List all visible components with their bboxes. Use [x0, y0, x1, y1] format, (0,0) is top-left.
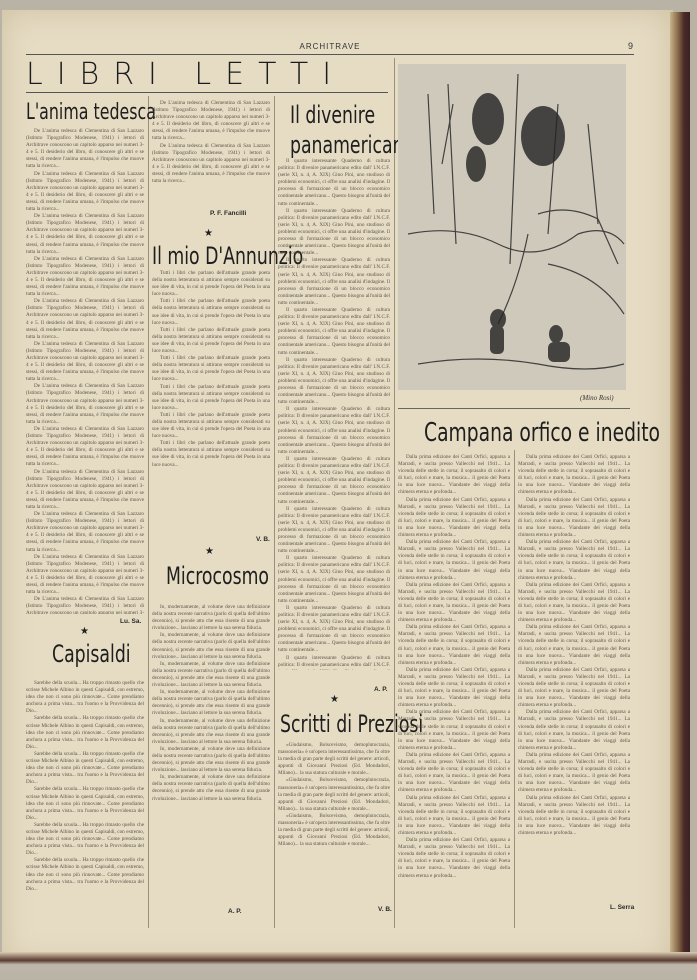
article-text: Dalla prima edizione dei Canti Orfici, a… [398, 752, 510, 795]
article-text: Il quarto interessante Quaderno di cultu… [278, 158, 390, 208]
article-text: Dalla prima edizione dei Canti Orfici, a… [398, 497, 510, 540]
column-rule [514, 450, 515, 928]
article-text: Sarebbe della scuola... Ha troppo rimast… [26, 715, 144, 750]
byline: V. B. [378, 906, 392, 913]
article-body-anima-tedesca: De L'anima tedesca di Clementina di San … [26, 128, 144, 614]
article-text: Tutti i libri che parlano dell'attuale g… [152, 412, 270, 440]
article-text: Dalla prima edizione dei Canti Orfici, a… [398, 624, 510, 667]
article-text: Dalla prima edizione dei Canti Orfici, a… [518, 795, 630, 838]
article-text: Sarebbe della scuola... Ha troppo rimast… [26, 786, 144, 821]
illustration-caption: (Mino Rosi) [580, 394, 614, 402]
article-text: Tutti i libri che parlano dell'attuale g… [152, 355, 270, 383]
article-text: Sarebbe della scuola... Ha troppo rimast… [26, 680, 144, 715]
article-text: De L'anima tedesca di Clementina di San … [26, 511, 144, 554]
article-text: De L'anima tedesca di Clementina di San … [152, 100, 270, 143]
article-text: De L'anima tedesca di Clementina di San … [26, 213, 144, 256]
running-header: ARCHITRAVE 9 [26, 40, 634, 55]
sketch-figures-trees-icon [398, 64, 626, 390]
article-text: In, modernamente, al volume dove una def… [152, 604, 270, 632]
magazine-name: ARCHITRAVE [26, 42, 634, 51]
byline: A. P. [228, 908, 242, 915]
article-body-divenire-panamericano: Il quarto interessante Quaderno di cultu… [278, 158, 390, 670]
article-text: Dalla prima edizione dei Canti Orfici, a… [398, 667, 510, 710]
illustration-sketch [398, 64, 626, 390]
article-text: De L'anima tedesca di Clementina di San … [26, 341, 144, 384]
article-text: Dalla prima edizione dei Canti Orfici, a… [398, 454, 510, 497]
article-text: De L'anima tedesca di Clementina di San … [26, 383, 144, 426]
article-text: De L'anima tedesca di Clementina di San … [26, 298, 144, 341]
article-body-campana-col1: Dalla prima edizione dei Canti Orfici, a… [398, 454, 510, 924]
book-spine [670, 12, 690, 960]
article-text: Il quarto interessante Quaderno di cultu… [278, 456, 390, 506]
article-body-microcosmo: In, modernamente, al volume dove una def… [152, 604, 270, 922]
caption-rule [398, 408, 630, 409]
article-text: Dalla prima edizione dei Canti Orfici, a… [398, 795, 510, 838]
article-text: Dalla prima edizione dei Canti Orfici, a… [398, 582, 510, 625]
article-text: «Giudaismo, Bolscevismo, demoplutocrazia… [278, 777, 390, 812]
column-rule [394, 58, 395, 928]
article-text: Il quarto interessante Quaderno di cultu… [278, 257, 390, 307]
article-body-campana-col2: Dalla prima edizione dei Canti Orfici, a… [518, 454, 630, 904]
byline: A. P. [374, 686, 388, 693]
article-text: In, modernamente, al volume dove una def… [152, 746, 270, 774]
article-text: Sarebbe della scuola... Ha troppo rimast… [26, 857, 144, 892]
byline: V. B. [256, 536, 270, 543]
article-text: Dalla prima edizione dei Canti Orfici, a… [518, 624, 630, 667]
star-divider-icon: ★ [205, 546, 214, 557]
article-text: Dalla prima edizione dei Canti Orfici, a… [398, 709, 510, 752]
article-text: Dalla prima edizione dei Canti Orfici, a… [518, 709, 630, 752]
article-text: Dalla prima edizione dei Canti Orfici, a… [518, 497, 630, 540]
article-text: Tutti i libri che parlano dell'attuale g… [152, 384, 270, 412]
article-text: Tutti i libri che parlano dell'attuale g… [152, 298, 270, 326]
article-text: In, modernamente, al volume dove una def… [152, 661, 270, 689]
article-text: Dalla prima edizione dei Canti Orfici, a… [518, 582, 630, 625]
article-text: Il quarto interessante Quaderno di cultu… [278, 208, 390, 258]
article-title-campana: Campana orfico e inedito [424, 418, 660, 448]
article-text: In, modernamente, al volume dove una def… [152, 718, 270, 746]
byline: Lu. Sa. [120, 618, 141, 625]
article-title-microcosmo: Microcosmo [166, 562, 269, 590]
article-text: In, modernamente, al volume dove una def… [152, 632, 270, 660]
article-text: Dalla prima edizione dei Canti Orfici, a… [398, 539, 510, 582]
article-text: «Giudaismo, Bolscevismo, demoplutocrazia… [278, 742, 390, 777]
article-text: Tutti i libri che parlano dell'attuale g… [152, 327, 270, 355]
article-text: Dalla prima edizione dei Canti Orfici, a… [518, 667, 630, 710]
star-divider-icon: ★ [330, 694, 339, 705]
page-bottom-edge [0, 952, 697, 980]
article-text: Il quarto interessante Quaderno di cultu… [278, 506, 390, 556]
article-text: In, modernamente, al volume dove una def… [152, 774, 270, 802]
column-rule [274, 96, 275, 928]
article-body-anima-tedesca-cont: De L'anima tedesca di Clementina di San … [152, 100, 270, 216]
article-text: Dalla prima edizione dei Canti Orfici, a… [398, 837, 510, 880]
article-text: Tutti i libri che parlano dell'attuale g… [152, 440, 270, 468]
article-text: «Giudaismo, Bolscevismo, demoplutocrazia… [278, 813, 390, 848]
byline: P. F. Fancilli [210, 210, 246, 217]
article-text: De L'anima tedesca di Clementina di San … [26, 596, 144, 614]
star-divider-icon: ★ [80, 626, 89, 637]
article-text: Il quarto interessante Quaderno di cultu… [278, 357, 390, 407]
article-title-divenire-panamericano: Il divenire panamericano [290, 100, 398, 160]
article-title-capisaldi: Capisaldi [52, 640, 131, 668]
article-text: Tutti i libri che parlano dell'attuale g… [152, 270, 270, 298]
article-text: Dalla prima edizione dei Canti Orfici, a… [518, 752, 630, 795]
page-number: 9 [628, 41, 634, 51]
article-text: Il quarto interessante Quaderno di cultu… [278, 307, 390, 357]
article-text: Il quarto interessante Quaderno di cultu… [278, 406, 390, 456]
article-body-scritti-preziosi: «Giudaismo, Bolscevismo, demoplutocrazia… [278, 742, 390, 892]
article-body-mio-dannunzio: Tutti i libri che parlano dell'attuale g… [152, 270, 270, 526]
article-title-anima-tedesca: L'anima tedesca [26, 100, 156, 125]
article-body-capisaldi: Sarebbe della scuola... Ha troppo rimast… [26, 680, 144, 924]
article-text: Sarebbe della scuola... Ha troppo rimast… [26, 751, 144, 786]
article-text: Il quarto interessante Quaderno di cultu… [278, 555, 390, 605]
article-text: De L'anima tedesca di Clementina di San … [26, 426, 144, 469]
article-text: Il quarto interessante Quaderno di cultu… [278, 655, 390, 670]
article-text: In, modernamente, al volume dove una def… [152, 689, 270, 717]
article-text: De L'anima tedesca di Clementina di San … [152, 143, 270, 186]
article-text: De L'anima tedesca di Clementina di San … [26, 256, 144, 299]
star-divider-icon: ★ [204, 228, 213, 239]
article-text: De L'anima tedesca di Clementina di San … [26, 554, 144, 597]
article-text: Dalla prima edizione dei Canti Orfici, a… [518, 539, 630, 582]
article-text: De L'anima tedesca di Clementina di San … [26, 171, 144, 214]
article-text: Sarebbe della scuola... Ha troppo rimast… [26, 822, 144, 857]
article-text: De L'anima tedesca di Clementina di San … [26, 469, 144, 512]
article-text: De L'anima tedesca di Clementina di San … [26, 128, 144, 171]
article-text: Il quarto interessante Quaderno di cultu… [278, 605, 390, 655]
article-text: Dalla prima edizione dei Canti Orfici, a… [518, 454, 630, 497]
byline: L. Serra [610, 904, 634, 911]
section-masthead: LIBRI LETTI [26, 58, 388, 93]
column-rule [148, 96, 149, 928]
